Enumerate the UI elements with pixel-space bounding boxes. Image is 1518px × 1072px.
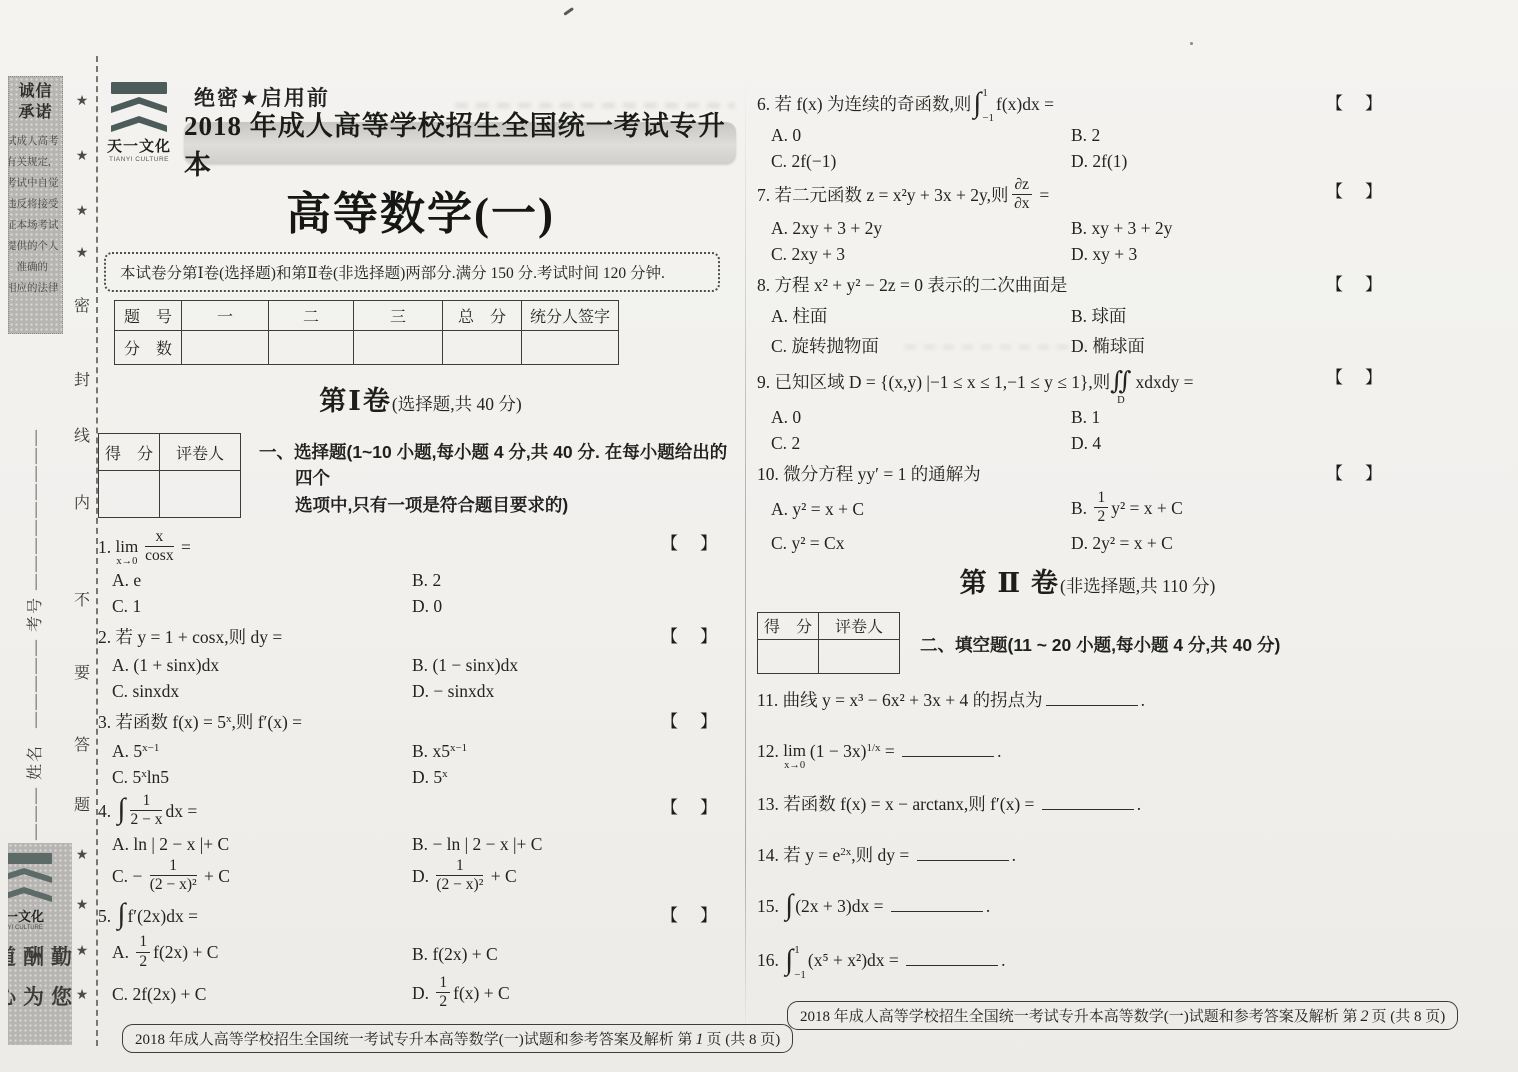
question-10: 10. 微分方程 yy′ = 1 的通解为【】A. y² = x + CB. 1… [757, 461, 1418, 554]
question-number: 11. [757, 690, 783, 710]
footer-page-number: 2 [1358, 1008, 1372, 1025]
integral-limits: 1−1 [794, 952, 806, 974]
answer-blank [1046, 691, 1138, 706]
option-A: A. y² = x + C [771, 499, 1071, 520]
question-options: A. y² = x + CB. 12y² = x + CC. y² = CxD.… [771, 492, 1418, 554]
fill-question-16: 16. ∫1−1(x⁵ + x²)dx = . [757, 946, 1418, 977]
question-stem: 6. 若 f(x) 为连续的奇函数,则∫1−1f(x)dx =【】 [757, 91, 1418, 121]
question-number: 13. [757, 794, 783, 814]
question-number: 16. [757, 950, 783, 970]
fraction-denominator: 2 [436, 993, 450, 1010]
option-label: B. [1071, 498, 1091, 518]
fraction-numerator: ∂z [1012, 177, 1033, 195]
option-label: A. [112, 942, 133, 962]
option-label: B. [412, 655, 432, 675]
option-A: A. 0 [771, 407, 1071, 428]
option-label: D. [412, 681, 433, 701]
page-2: 6. 若 f(x) 为连续的奇函数,则∫1−1f(x)dx =【】A. 0B. … [757, 58, 1418, 1030]
integral: ∫1−1 [973, 91, 994, 120]
score-cell-empty [182, 331, 269, 365]
answer-brackets: 【】 [661, 795, 717, 821]
scan-speck [563, 7, 573, 15]
option-B: B. 12y² = x + C [1071, 492, 1418, 528]
fraction-denominator: 2 − x [130, 811, 162, 828]
seal-char: 要 [68, 660, 96, 683]
double-integral-icon: ∬ [1110, 369, 1131, 394]
part1-title-big: 第Ⅰ卷 [319, 386, 392, 416]
answer-brackets: 【】 [1326, 179, 1382, 205]
answer-brackets: 【】 [1326, 272, 1382, 298]
publisher-name-en: TIANYI CULTURE [8, 925, 72, 931]
fraction-numerator: 1 [130, 793, 162, 811]
scan-speck [1190, 42, 1193, 45]
seal-char: 封 [68, 367, 96, 390]
integral-lower: −1 [982, 113, 994, 124]
option-label: B. [412, 741, 432, 761]
footer-text: 2018 年成人高等学校招生全国统一考试专升本高等数学(一)试题和参考答案及解析 [800, 1009, 1339, 1025]
option-label: D. [1071, 336, 1092, 356]
option-label: C. [771, 151, 791, 171]
part2-scorebox-row: 得 分 评卷人 二、填空题(11 ~ 20 小题,每小题 4 分,共 40 分) [757, 612, 1418, 674]
score-col-label: 三 [354, 301, 443, 331]
option-B: B. x5x−1 [412, 741, 743, 762]
bracket-right: 】 [700, 906, 717, 925]
footer-page-pre: 第 [678, 1032, 693, 1048]
grader-score-box-empty [99, 471, 241, 518]
grader-score-box-empty [758, 639, 900, 673]
integrity-pledge-box: 诚信承诺 试成人高考有关规定,考试中自觉违反将接受证本场考试提供的个人、准确的相… [8, 76, 63, 334]
grader-label: 评卷人 [160, 434, 241, 471]
page-fold-line [745, 70, 746, 1035]
publisher-slogan-line: 心为您 [8, 981, 72, 1011]
question-number: 1. [98, 537, 116, 557]
option-label: C. [112, 681, 132, 701]
option-label: D. [412, 767, 433, 787]
option-D: D. 12f(x) + C [412, 977, 743, 1013]
integral: ∫1−1 [785, 947, 806, 977]
seal-char: 密 [68, 293, 96, 316]
option-A: A. 柱面 [771, 303, 1071, 328]
question-5: 5. ∫f′(2x)dx =【】A. 12f(2x) + CB. f(2x) +… [98, 903, 743, 1013]
option-B: B. xy + 3 + 2y [1071, 218, 1418, 239]
question-4: 4. ∫12 − xdx =【】A. ln | 2 − x |+ CB. − l… [98, 795, 743, 896]
option-label: C. [112, 984, 132, 1004]
fraction-denominator: (2 − x)² [436, 876, 483, 893]
seal-char: 线 [68, 423, 96, 446]
subject-title: 高等数学(一) [98, 177, 743, 242]
option-D: D. xy + 3 [1071, 244, 1418, 265]
option-D: D. 4 [1071, 433, 1418, 454]
page-1-footer: 2018 年成人高等学校招生全国统一考试专升本高等数学(一)试题和参考答案及解析… [122, 1024, 793, 1053]
publisher-slogan: 道酬勤心为您 [8, 941, 72, 1011]
logo-name: 天一文化 [100, 135, 178, 156]
question-number: 8. [757, 275, 775, 295]
choice-questions-6-10: 6. 若 f(x) 为连续的奇函数,则∫1−1f(x)dx =【】A. 0B. … [757, 71, 1418, 554]
option-A: A. 0 [771, 125, 1071, 146]
option-label: D. [412, 866, 433, 886]
question-stem: 10. 微分方程 yy′ = 1 的通解为【】 [757, 461, 1418, 488]
option-label: B. [412, 834, 432, 854]
option-C: C. sinxdx [112, 681, 412, 702]
option-label: A. [771, 407, 792, 427]
bracket-right: 】 [700, 798, 717, 817]
superscript: x [141, 768, 147, 780]
option-A: A. 12f(2x) + C [112, 936, 412, 972]
option-label: D. [1071, 244, 1092, 264]
seal-char: 题 [68, 792, 96, 815]
footer-text: 2018 年成人高等学校招生全国统一考试专升本高等数学(一)试题和参考答案及解析 [135, 1032, 674, 1048]
option-label: D. [412, 983, 433, 1003]
option-label: B. [1071, 125, 1091, 145]
bracket-left: 【 [661, 798, 678, 817]
seal-star-icon: ★ [68, 93, 96, 110]
integral-upper: 1 [794, 945, 806, 956]
pledge-title-line2: 承诺 [18, 104, 52, 121]
integral-limits: 1−1 [982, 95, 994, 117]
score-col-label: 二 [269, 301, 354, 331]
part1-scorebox-row: 得 分 评卷人 一、选择题(1~10 小题,每小题 4 分,共 40 分. 在每… [98, 433, 743, 518]
score-cell-empty [758, 639, 819, 673]
fill-question-13: 13. 若函数 f(x) = x − arctanx,则 f′(x) = . [757, 790, 1418, 818]
page-2-footer: 2018 年成人高等学校招生全国统一考试专升本高等数学(一)试题和参考答案及解析… [787, 1001, 1458, 1030]
option-label: A. [112, 570, 133, 590]
option-D: D. 5x [412, 767, 743, 788]
fraction-denominator: 2 [1094, 508, 1108, 525]
integral-icon: ∫ [118, 900, 126, 929]
bracket-right: 】 [700, 712, 717, 731]
question-options: A. 2xy + 3 + 2yB. xy + 3 + 2yC. 2xy + 3D… [771, 218, 1418, 265]
option-A: A. (1 + sinx)dx [112, 655, 412, 676]
pledge-line: 相应的法律 [8, 278, 62, 299]
grader-score-box: 得 分 评卷人 [757, 612, 900, 674]
bracket-left: 【 [1326, 94, 1343, 113]
bracket-left: 【 [661, 627, 678, 646]
bracket-left: 【 [661, 534, 678, 553]
bracket-right: 】 [1365, 464, 1382, 483]
integral-icon: ∫ [973, 89, 981, 118]
fraction: ∂z∂x [1012, 177, 1033, 213]
publisher-logo-chevron [8, 868, 52, 883]
option-label: C. [771, 433, 791, 453]
bracket-left: 【 [1326, 368, 1343, 387]
logo-subtitle: TIANYI CULTURE [100, 156, 178, 163]
choice-questions-1-5: 1. limx→0xcosx =【】A. eB. 2C. 1D. 02. 若 y… [98, 531, 743, 1013]
answer-blank [891, 897, 983, 912]
integral: ∫ [118, 798, 126, 827]
seal-char: 不 [68, 587, 96, 610]
superscript: x [226, 713, 232, 725]
question-number: 7. [757, 185, 775, 205]
score-table-header-row: 题 号 一 二 三 总 分 统分人签字 [115, 301, 619, 331]
question-stem: 2. 若 y = 1 + cosx,则 dy =【】 [98, 624, 743, 651]
integral-icon: ∫ [785, 891, 793, 920]
option-label: B. [1071, 407, 1091, 427]
score-col-label: 统分人签字 [522, 301, 619, 331]
part2-title-note: (非选择题,共 110 分) [1060, 576, 1215, 596]
score-table: 题 号 一 二 三 总 分 统分人签字 分 数 [114, 300, 619, 365]
option-label: D. [412, 596, 433, 616]
integral: ∫ [785, 893, 793, 923]
part2-title-big: 第 Ⅱ 卷 [960, 568, 1060, 598]
option-label: B. [412, 570, 432, 590]
limit-subscript: x→0 [116, 557, 137, 568]
answer-brackets: 【】 [661, 903, 717, 929]
logo-bar-icon [111, 82, 167, 94]
question-number: 12. [757, 741, 783, 761]
integral-lower: −1 [794, 970, 806, 981]
part2-instruction: 二、填空题(11 ~ 20 小题,每小题 4 分,共 40 分) [920, 632, 1280, 674]
option-D: D. 2f(1) [1071, 151, 1418, 172]
question-number: 2. [98, 627, 116, 647]
pledge-line: 考试中自觉 [8, 173, 62, 194]
bracket-right: 】 [1365, 94, 1382, 113]
option-label: B. [1071, 306, 1091, 326]
limit: limx→0 [116, 538, 139, 568]
question-number: 4. [98, 800, 116, 820]
pledge-line: 试成人高考 [8, 131, 62, 152]
option-label: A. [112, 834, 133, 854]
pledge-text: 试成人高考有关规定,考试中自觉违反将接受证本场考试提供的个人、准确的相应的法律 [8, 131, 62, 299]
part2-title: 第 Ⅱ 卷(非选择题,共 110 分) [757, 561, 1418, 600]
seal-star-icon: ★ [68, 203, 96, 220]
score-cell-empty [99, 471, 160, 518]
option-label: D. [1071, 433, 1092, 453]
fraction-denominator: (2 − x)² [150, 876, 197, 893]
answer-blank [902, 742, 994, 757]
option-D: D. 1(2 − x)² + C [412, 860, 743, 896]
question-number: 14. [757, 845, 783, 865]
exam-title-banner: 2018 年成人高等学校招生全国统一考试专升本 [184, 122, 736, 164]
seal-star-icon: ★ [68, 943, 96, 960]
footer-page-post: 页 [707, 1032, 722, 1048]
question-number: 9. [757, 372, 775, 392]
option-label: C. [112, 866, 132, 886]
exam-number-field: ————— 考号 ————————— [22, 428, 45, 728]
option-C: C. 2f(−1) [771, 151, 1071, 172]
pledge-line: 、准确的 [8, 257, 62, 278]
option-label: D. [1071, 533, 1092, 553]
seal-char: 内 [68, 490, 96, 513]
answer-brackets: 【】 [661, 624, 717, 650]
bracket-right: 】 [1365, 275, 1382, 294]
question-number: 10. [757, 464, 783, 484]
fraction: 12 [436, 975, 450, 1011]
option-label: B. [1071, 218, 1091, 238]
option-label: D. [1071, 151, 1092, 171]
question-7: 7. 若二元函数 z = x²y + 3x + 2y,则∂z∂x =【】A. 2… [757, 179, 1418, 266]
seal-star-icon: ★ [68, 245, 96, 262]
fill-question-14: 14. 若 y = e2x,则 dy = . [757, 841, 1418, 869]
seal-star-icon: ★ [68, 987, 96, 1004]
option-C: C. 1 [112, 596, 412, 617]
seal-star-icon: ★ [68, 897, 96, 914]
question-options: A. 5x−1B. x5x−1C. 5xln5D. 5x [112, 741, 743, 788]
question-1: 1. limx→0xcosx =【】A. eB. 2C. 1D. 0 [98, 531, 743, 618]
footer-page-post: 页 [1372, 1009, 1387, 1025]
pledge-line: 违反将接受 [8, 194, 62, 215]
part1-title: 第Ⅰ卷(选择题,共 40 分) [98, 379, 743, 418]
fill-questions-11-16: 11. 曲线 y = x³ − 6x² + 3x + 4 的拐点为.12. li… [757, 686, 1418, 978]
option-C: C. 2f(2x) + C [112, 984, 412, 1005]
superscript: x−1 [142, 742, 159, 754]
footer-page-total: (共 8 页) [1390, 1009, 1445, 1025]
question-options: A. 0B. 1C. 2D. 4 [771, 407, 1418, 454]
limit-word: lim [783, 742, 806, 759]
question-9: 9. 已知区域 D = {(x,y) |−1 ≤ x ≤ 1,−1 ≤ y ≤ … [757, 365, 1418, 454]
integral-icon: ∫ [785, 946, 793, 975]
option-C: C. 2 [771, 433, 1071, 454]
question-number: 6. [757, 94, 775, 114]
superscript: x [442, 768, 448, 780]
option-label: A. [771, 218, 792, 238]
bracket-left: 【 [661, 712, 678, 731]
score-cell-empty [269, 331, 354, 365]
question-3: 3. 若函数 f(x) = 5x,则 f′(x) =【】A. 5x−1B. x5… [98, 709, 743, 787]
question-stem: 7. 若二元函数 z = x²y + 3x + 2y,则∂z∂x =【】 [757, 179, 1418, 215]
publisher-name: 天一文化 [8, 906, 72, 925]
logo-chevron-icon [111, 116, 167, 132]
option-C: C. 5xln5 [112, 767, 412, 788]
question-2: 2. 若 y = 1 + cosx,则 dy =【】A. (1 + sinx)d… [98, 624, 743, 702]
fraction-denominator: cosx [145, 547, 173, 564]
option-A: A. 5x−1 [112, 741, 412, 762]
question-options: A. eB. 2C. 1D. 0 [112, 570, 743, 617]
footer-page-total: (共 8 页) [725, 1032, 780, 1048]
score-cell-empty [354, 331, 443, 365]
pledge-title: 诚信承诺 [9, 82, 62, 124]
fraction-numerator: 1 [150, 858, 197, 876]
question-stem: 1. limx→0xcosx =【】 [98, 531, 743, 567]
option-label: B. [412, 944, 432, 964]
fraction-denominator: 2 [136, 953, 150, 970]
bracket-right: 】 [1365, 368, 1382, 387]
seal-star-icon: ★ [68, 847, 96, 864]
option-D: D. 2y² = x + C [1071, 533, 1418, 554]
page-1-header: 天一文化 TIANYI CULTURE 绝密★启用前 2018 年成人高等学校招… [98, 70, 743, 242]
answer-brackets: 【】 [661, 709, 717, 735]
double-integral: ∬D [1110, 369, 1131, 407]
score-cell-empty [160, 471, 241, 518]
pledge-title-line1: 诚信 [18, 83, 52, 100]
answer-brackets: 【】 [1326, 91, 1382, 117]
fraction: 12 − x [130, 793, 162, 829]
option-A: A. 2xy + 3 + 2y [771, 218, 1071, 239]
double-integral-domain: D [1117, 396, 1125, 407]
question-6: 6. 若 f(x) 为连续的奇函数,则∫1−1f(x)dx =【】A. 0B. … [757, 91, 1418, 172]
answer-blank [906, 951, 998, 966]
integral: ∫ [118, 903, 126, 932]
fill-question-15: 15. ∫(2x + 3)dx = . [757, 892, 1418, 923]
option-label: A. [771, 499, 792, 519]
limit-subscript: x→0 [784, 761, 805, 772]
score-cell-empty [443, 331, 522, 365]
fraction: 1(2 − x)² [436, 858, 483, 894]
fraction-denominator: ∂x [1012, 195, 1033, 212]
question-number: 3. [98, 712, 116, 732]
option-B: B. (1 − sinx)dx [412, 655, 743, 676]
seal-star-icon: ★ [68, 148, 96, 165]
score-cell-empty [522, 331, 619, 365]
superscript: 1/x [866, 742, 880, 754]
answer-brackets: 【】 [661, 531, 717, 557]
page-1-footer-row: 2018 年成人高等学校招生全国统一考试专升本高等数学(一)试题和参考答案及解析… [122, 1024, 743, 1053]
option-B: B. 2 [412, 570, 743, 591]
superscript: 2x [840, 846, 851, 858]
option-C: C. y² = Cx [771, 533, 1071, 554]
fraction-numerator: 1 [436, 858, 483, 876]
question-stem: 3. 若函数 f(x) = 5x,则 f′(x) =【】 [98, 709, 743, 736]
option-label: A. [771, 306, 792, 326]
fraction-numerator: 1 [1094, 490, 1108, 508]
option-C: C. 2xy + 3 [771, 244, 1071, 265]
option-label: C. [771, 244, 791, 264]
logo-chevron-icon [111, 97, 167, 113]
question-options: A. 柱面B. 球面C. 旋转抛物面D. 椭球面 [771, 303, 1418, 358]
option-B: B. 球面 [1071, 303, 1418, 328]
question-number: 5. [98, 906, 116, 926]
seal-char: 答 [68, 732, 96, 755]
limit: limx→0 [783, 742, 806, 772]
grader-score-box-labels: 得 分 评卷人 [758, 612, 900, 639]
question-number: 15. [757, 896, 783, 916]
option-D: D. 椭球面 [1071, 333, 1418, 358]
score-table-value-row: 分 数 [115, 331, 619, 365]
bracket-right: 】 [1365, 182, 1382, 201]
option-D: D. − sinxdx [412, 681, 743, 702]
answer-brackets: 【】 [1326, 365, 1382, 391]
score-label: 得 分 [758, 612, 819, 639]
publisher-box: 天一文化 TIANYI CULTURE 道酬勤心为您 [8, 843, 72, 1045]
question-options: A. 0B. 2C. 2f(−1)D. 2f(1) [771, 125, 1418, 172]
bracket-left: 【 [661, 906, 678, 925]
question-options: A. (1 + sinx)dxB. (1 − sinx)dxC. sinxdxD… [112, 655, 743, 702]
fill-question-11: 11. 曲线 y = x³ − 6x² + 3x + 4 的拐点为. [757, 686, 1418, 714]
fraction: 12 [1094, 490, 1108, 526]
question-options: A. ln | 2 − x |+ CB. − ln | 2 − x |+ CC.… [112, 834, 743, 896]
fraction-numerator: x [145, 529, 173, 547]
option-B: B. 1 [1071, 407, 1418, 428]
part1-instruction: 一、选择题(1~10 小题,每小题 4 分,共 40 分. 在每小题给出的四个 … [259, 439, 743, 518]
name-field: ——— 姓名 [22, 744, 45, 840]
integral-icon: ∫ [118, 795, 126, 824]
question-stem: 9. 已知区域 D = {(x,y) |−1 ≤ x ≤ 1,−1 ≤ y ≤ … [757, 365, 1418, 403]
publisher-slogan-line: 道酬勤 [8, 941, 72, 971]
grader-score-box-labels: 得 分 评卷人 [99, 434, 241, 471]
grader-score-box: 得 分 评卷人 [98, 433, 241, 518]
answer-blank [917, 846, 1009, 861]
fraction-numerator: 1 [436, 975, 450, 993]
score-col-label: 总 分 [443, 301, 522, 331]
answer-blank [1042, 795, 1134, 810]
option-D: D. 0 [412, 596, 743, 617]
question-8: 8. 方程 x² + y² − 2z = 0 表示的二次曲面是【】A. 柱面B.… [757, 272, 1418, 358]
score-label: 得 分 [99, 434, 160, 471]
bracket-left: 【 [1326, 464, 1343, 483]
answer-brackets: 【】 [1326, 461, 1382, 487]
publisher-logo-chevron [8, 887, 52, 902]
part1-title-note: (选择题,共 40 分) [392, 394, 522, 414]
fraction-numerator: 1 [136, 934, 150, 952]
page-1: 天一文化 TIANYI CULTURE 绝密★启用前 2018 年成人高等学校招… [98, 70, 743, 1053]
limit-word: lim [116, 538, 139, 555]
fraction: 1(2 − x)² [150, 858, 197, 894]
score-col-label: 题 号 [115, 301, 182, 331]
bracket-right: 】 [700, 627, 717, 646]
pledge-line: 证本场考试 [8, 215, 62, 236]
pledge-line: 提供的个人 [8, 236, 62, 257]
bracket-left: 【 [1326, 275, 1343, 294]
option-label: C. [771, 336, 791, 356]
